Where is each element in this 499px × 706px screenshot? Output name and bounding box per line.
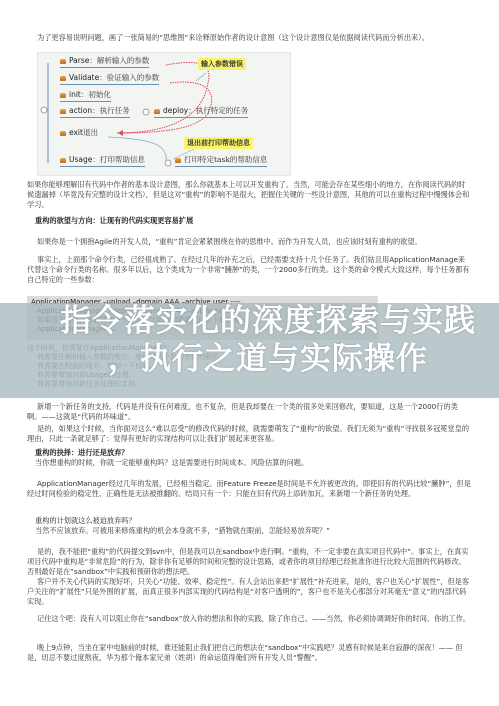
paragraph-remember: 记住这个吧：没有人可以阻止你在“sandbox”放入你的想法和你的实践，除了你自… bbox=[27, 614, 472, 624]
paragraph-customer: 客户并不关心代码的实现好坏，只关心“功能、效率、稳定性”。有人会站出来把“扩展性… bbox=[27, 577, 472, 607]
paragraph-command-class: 事实上，上面那个命令行类，已经很成熟了。在经过几年的补充之后，已经需要支持十几个… bbox=[27, 255, 472, 285]
paragraph-feature-freeze: ApplicationManager经过几年的发展，已经相当稳定。而Featur… bbox=[27, 479, 472, 499]
section-sub-refactor-choice: 当你想重构的时候，你就一定能够重构吗？这是需要进行时间成本、风险估算的问题。 bbox=[35, 458, 475, 468]
title-banner: 指令落实化的深度探索与实践 ，执行之道与实际操作 bbox=[0, 303, 499, 398]
mind-map-node-usage: Usage：打印帮助信息 bbox=[60, 155, 145, 167]
task-icon bbox=[60, 93, 66, 98]
task-icon bbox=[60, 131, 66, 136]
paragraph-night: 晚上9点钟，当坐在家中电脑前的时候，谁还能阻止我们把自己的想法在“sandbox… bbox=[27, 643, 472, 663]
task-icon bbox=[154, 109, 160, 114]
paragraph-refactor-desire: 是的，如果这个时候，当你面对这么“难以忍受”的修改代码的时候，就需要萌发了“重构… bbox=[27, 424, 472, 444]
banner-subtitle: ，执行之道与实际操作 bbox=[108, 354, 428, 364]
task-icon bbox=[60, 76, 66, 81]
article-page: 为了更容易说明问题，画了一张简易的“思维图”来诠释原始作者的设计意图（这个设计意… bbox=[0, 0, 499, 706]
mind-map-node-action: action：执行任务 bbox=[60, 106, 130, 118]
task-icon bbox=[175, 158, 181, 163]
paragraph-agile: 如果你是一个拥抱Agile的开发人员，“重构”肯定会紧紧围绕在你的思维中。而作为… bbox=[27, 237, 472, 247]
section-heading-abandon: 重构的计划就这么被迫放弃吗？ bbox=[35, 516, 475, 526]
section-sub-abandon: 当然不应该放弃。可被用来修炼重构的机会本身就不多，“猎物就在眼前，怎能轻易放弃呢… bbox=[35, 526, 475, 536]
task-icon bbox=[60, 158, 66, 163]
paragraph-design-intent: 如果你能够理解旧有代码中作者的基本设计意图，那么你就基本上可以开发重构了。当然，… bbox=[27, 180, 472, 210]
task-icon bbox=[60, 59, 66, 64]
mind-map-diagram: Parse：解析输入的参数 Validate：验证输入的参数 init：初始化 … bbox=[37, 52, 291, 176]
banner-title: 指令落实化的深度探索与实践 bbox=[60, 316, 476, 326]
mind-map-node-parse: Parse：解析输入的参数 bbox=[60, 56, 149, 68]
task-icon bbox=[60, 109, 66, 114]
mind-map-node-init: init：初始化 bbox=[60, 90, 111, 102]
callout-input-error: 输入参数错误 bbox=[198, 58, 246, 70]
mind-map-node-validate: Validate：验证输入的参数 bbox=[60, 73, 159, 85]
paragraph-code-smell: 新增一个新任务的支持，代码是并没有任何难度，也不复杂，但是我却要在一个类的很多处… bbox=[27, 402, 472, 422]
paragraph-sandbox: 是的，我不能把“重构”的代码提交到svn中，但是我可以在sandbox中进行啊。… bbox=[27, 547, 472, 577]
mind-map-node-task-help: 打印特定task的帮助信息 bbox=[175, 155, 267, 167]
mind-map-node-deploy: deploy：执行特定的任务 bbox=[154, 106, 248, 118]
callout-exit-help: 退出前打印帮助信息 bbox=[184, 137, 253, 149]
section-heading-refactor-choice: 重构的抉择：进行还是放弃？ bbox=[35, 448, 475, 458]
intro-paragraph: 为了更容易说明问题，画了一张简易的“思维图”来诠释原始作者的设计意图（这个设计意… bbox=[27, 33, 472, 43]
mind-map-node-exit: exit退出 bbox=[60, 128, 98, 140]
section-heading-refactor-direction: 重构的欲望与方向：让现有的代码实现更容易扩展 bbox=[35, 216, 475, 226]
